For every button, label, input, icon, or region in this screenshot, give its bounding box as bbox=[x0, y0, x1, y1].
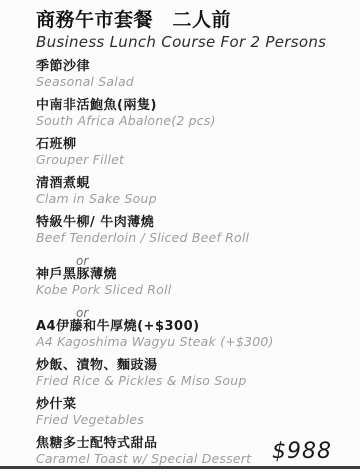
menu-item-name-en: Fried Vegetables bbox=[36, 412, 360, 427]
menu-title-english: Business Lunch Course For 2 Persons bbox=[36, 33, 360, 52]
menu-item-kobe-pork: 神戶黑豚薄燒 Kobe Pork Sliced Roll bbox=[36, 268, 360, 297]
menu-item-name-en: Grouper Fillet bbox=[36, 152, 360, 167]
menu-title-chinese: 商務午市套餐 二人前 bbox=[36, 8, 360, 32]
menu-item-fried-rice-set: 炒飯、漬物、麵豉湯 Fried Rice & Pickles & Miso So… bbox=[36, 359, 360, 388]
menu-item-beef-tenderloin: 特級牛柳/ 牛肉薄燒 Beef Tenderloin / Sliced Beef… bbox=[36, 216, 360, 245]
menu-item-name-cn: A4伊藤和牛厚燒(+$300) bbox=[36, 320, 360, 334]
menu-item-clam-sake-soup: 清酒煮蜆 Clam in Sake Soup bbox=[36, 177, 360, 206]
set-price: $988 bbox=[272, 441, 332, 463]
menu-item-name-en: Beef Tenderloin / Sliced Beef Roll bbox=[36, 230, 360, 245]
menu-item-name-en: Fried Rice & Pickles & Miso Soup bbox=[36, 373, 360, 388]
menu-item-grouper-fillet: 石班柳 Grouper Fillet bbox=[36, 138, 360, 167]
menu-item-name-cn: 特級牛柳/ 牛肉薄燒 bbox=[36, 216, 360, 230]
menu-item-seasonal-salad: 季節沙律 Seasonal Salad bbox=[36, 60, 360, 89]
menu-item-list: 季節沙律 Seasonal Salad 中南非活鮑魚(兩隻) South Afr… bbox=[0, 52, 360, 466]
menu-item-abalone: 中南非活鮑魚(兩隻) South Africa Abalone(2 pcs) bbox=[36, 99, 360, 128]
option-divider-or: or bbox=[76, 255, 360, 267]
menu-item-wagyu-steak: A4伊藤和牛厚燒(+$300) A4 Kagoshima Wagyu Steak… bbox=[36, 320, 360, 349]
menu-item-name-en: South Africa Abalone(2 pcs) bbox=[36, 113, 360, 128]
menu-item-name-cn: 中南非活鮑魚(兩隻) bbox=[36, 99, 360, 113]
menu-item-name-cn: 石班柳 bbox=[36, 138, 360, 152]
bottom-divider bbox=[0, 466, 360, 469]
menu-item-fried-vegetables: 炒什菜 Fried Vegetables bbox=[36, 398, 360, 427]
menu-item-name-cn: 炒飯、漬物、麵豉湯 bbox=[36, 359, 360, 373]
menu-page: 商務午市套餐 二人前 Business Lunch Course For 2 P… bbox=[0, 0, 360, 472]
menu-item-name-cn: 炒什菜 bbox=[36, 398, 360, 412]
option-divider-or: or bbox=[76, 307, 360, 319]
menu-header: 商務午市套餐 二人前 Business Lunch Course For 2 P… bbox=[0, 0, 360, 52]
menu-item-name-en: Clam in Sake Soup bbox=[36, 191, 360, 206]
menu-item-name-cn: 清酒煮蜆 bbox=[36, 177, 360, 191]
menu-item-name-en: Seasonal Salad bbox=[36, 74, 360, 89]
menu-item-name-en: A4 Kagoshima Wagyu Steak (+$300) bbox=[36, 334, 360, 349]
menu-item-name-cn: 季節沙律 bbox=[36, 60, 360, 74]
menu-item-name-cn: 神戶黑豚薄燒 bbox=[36, 268, 360, 282]
menu-item-name-en: Kobe Pork Sliced Roll bbox=[36, 282, 360, 297]
